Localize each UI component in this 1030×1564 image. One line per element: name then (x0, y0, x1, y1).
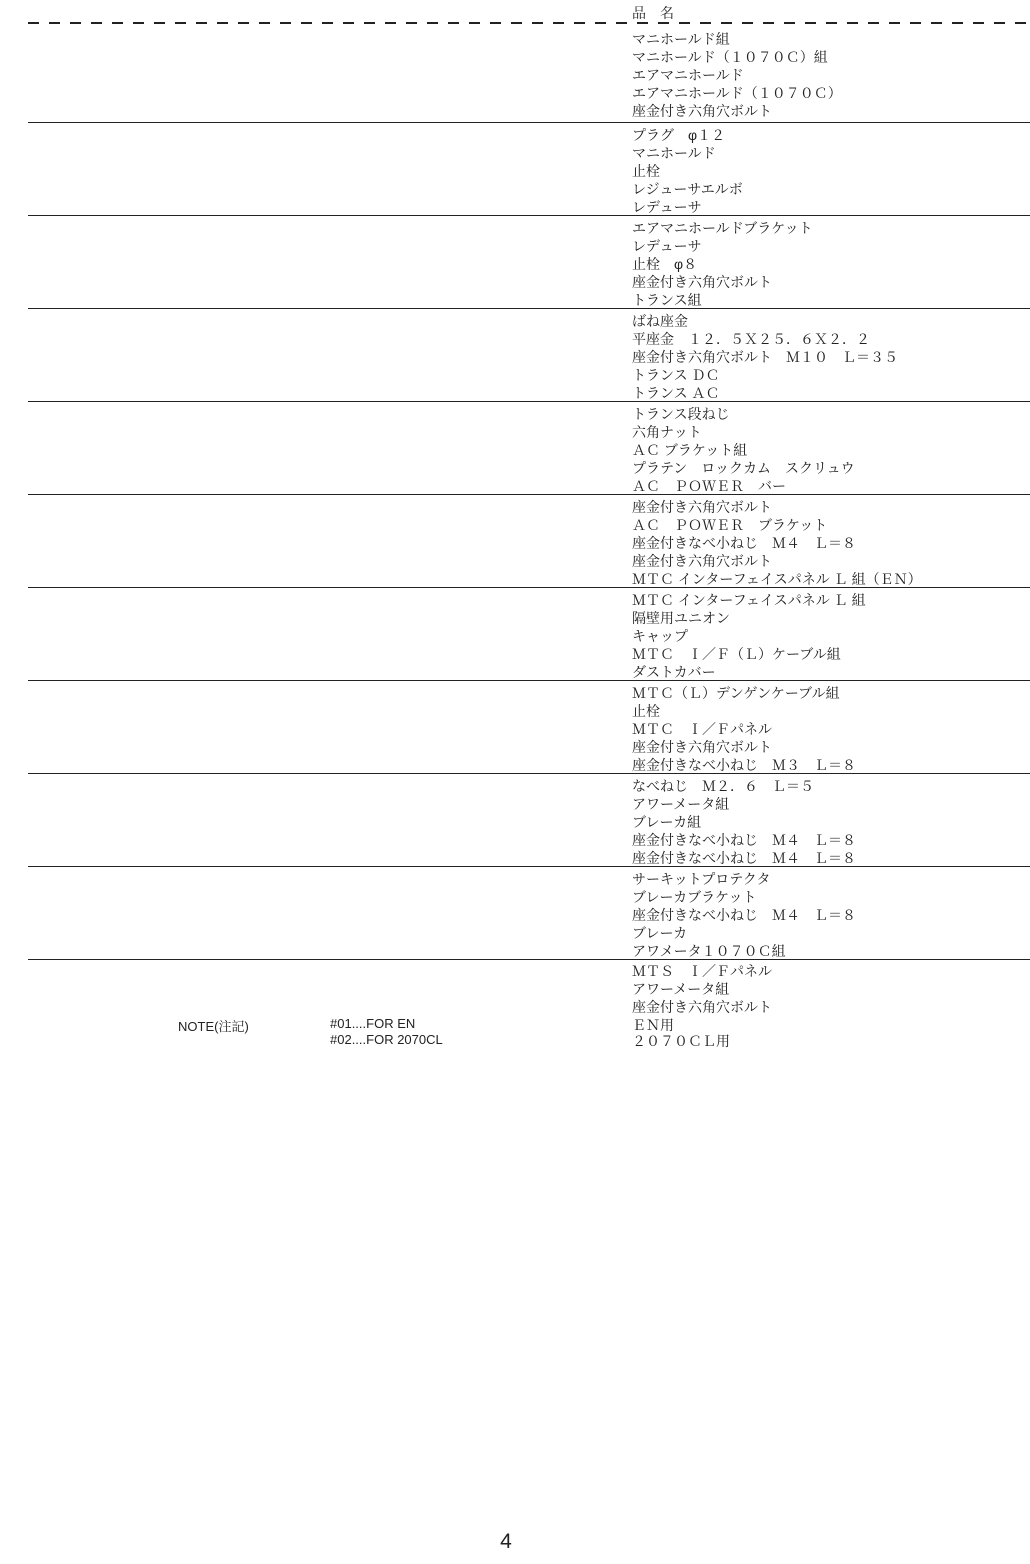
part-name-cell: トランス ＡＣ (632, 384, 1030, 401)
part-name-cell: ＭＴＣ インターフェイスパネル Ｌ 組 (632, 591, 1030, 609)
part-name-cell: マニホールド（１０７０Ｃ）組 (632, 48, 1030, 66)
note-code-2: #02....FOR 2070CL (330, 1032, 443, 1047)
part-name-cell: ＭＴＳ Ｉ／Ｆパネル (632, 962, 1030, 980)
part-name-cell: ＡＣ ブラケット組 (632, 441, 1030, 459)
part-name-cell: マニホールド組 (632, 30, 1030, 48)
part-name-cell: ブレーカ (632, 924, 1030, 942)
part-name-cell: マニホールド (632, 144, 1030, 162)
part-name-cell: プラテン ロックカム スクリュウ (632, 459, 1030, 477)
part-name-cell: 座金付き六角穴ボルト (632, 498, 1030, 516)
parts-group: プラグ φ１２マニホールド止栓レジューサエルボレデューサ (28, 122, 1030, 215)
note-usage-2: ２０７０ＣＬ用 (632, 1031, 730, 1051)
page-number: 4 (0, 1530, 1012, 1554)
part-name-cell: 座金付きなべ小ねじ Ｍ４ Ｌ＝８ (632, 831, 1030, 849)
part-name-cell: ＭＴＣ インターフェイスパネル Ｌ 組（ＥＮ） (632, 570, 1030, 587)
parts-group: ＭＴＣ（Ｌ）デンゲンケーブル組止栓ＭＴＣ Ｉ／Ｆパネル座金付き六角穴ボルト座金付… (28, 680, 1030, 773)
parts-group: トランス段ねじ六角ナットＡＣ ブラケット組プラテン ロックカム スクリュウＡＣ … (28, 401, 1030, 494)
parts-group: エアマニホールドブラケットレデューサ止栓 φ８座金付き六角穴ボルトトランス組 (28, 215, 1030, 308)
part-name-cell: ＡＣ ＰＯＷＥＲ ブラケット (632, 516, 1030, 534)
part-name-cell: キャップ (632, 627, 1030, 645)
part-name-cell: 座金付きなべ小ねじ Ｍ４ Ｌ＝８ (632, 849, 1030, 866)
part-name-cell: エアマニホールド (632, 66, 1030, 84)
document-page: 品 名 マニホールド組マニホールド（１０７０Ｃ）組エアマニホールドエアマニホール… (0, 0, 1030, 1564)
part-name-cell: ＡＣ ＰＯＷＥＲ バー (632, 477, 1030, 494)
part-name-cell: アワメータ１０７０Ｃ組 (632, 942, 1030, 959)
part-name-cell: 座金付き六角穴ボルト (632, 102, 1030, 120)
parts-group: なべねじ Ｍ２．６ Ｌ＝５アワーメータ組ブレーカ組座金付きなべ小ねじ Ｍ４ Ｌ＝… (28, 773, 1030, 866)
part-name-cell: 座金付きなべ小ねじ Ｍ３ Ｌ＝８ (632, 756, 1030, 773)
parts-group: ばね座金平座金 １２．５Ｘ２５．６Ｘ２．２座金付き六角穴ボルト Ｍ１０ Ｌ＝３５… (28, 308, 1030, 401)
note-label: NOTE(注記) (178, 1016, 249, 1035)
part-name-cell: 止栓 (632, 702, 1030, 720)
part-name-cell: アワーメータ組 (632, 980, 1030, 998)
part-name-cell: レデューサ (632, 198, 1030, 215)
parts-name-table: マニホールド組マニホールド（１０７０Ｃ）組エアマニホールドエアマニホールド（１０… (28, 24, 1030, 1016)
part-name-cell: なべねじ Ｍ２．６ Ｌ＝５ (632, 777, 1030, 795)
part-name-cell: トランス段ねじ (632, 405, 1030, 423)
part-name-cell: ダストカバー (632, 663, 1030, 680)
part-name-cell: 止栓 (632, 162, 1030, 180)
part-name-cell: 座金付き六角穴ボルト (632, 738, 1030, 756)
parts-group: ＭＴＳ Ｉ／Ｆパネルアワーメータ組座金付き六角穴ボルト (28, 959, 1030, 1016)
parts-group: 座金付き六角穴ボルトＡＣ ＰＯＷＥＲ ブラケット座金付きなべ小ねじ Ｍ４ Ｌ＝８… (28, 494, 1030, 587)
part-name-cell: 座金付き六角穴ボルト (632, 552, 1030, 570)
column-header-part-name: 品 名 (632, 3, 674, 23)
part-name-cell: 六角ナット (632, 423, 1030, 441)
part-name-cell: 座金付きなべ小ねじ Ｍ４ Ｌ＝８ (632, 534, 1030, 552)
part-name-cell: 平座金 １２．５Ｘ２５．６Ｘ２．２ (632, 330, 1030, 348)
part-name-cell: 座金付きなべ小ねじ Ｍ４ Ｌ＝８ (632, 906, 1030, 924)
part-name-cell: ＭＴＣ（Ｌ）デンゲンケーブル組 (632, 684, 1030, 702)
part-name-cell: アワーメータ組 (632, 795, 1030, 813)
part-name-cell: プラグ φ１２ (632, 126, 1030, 144)
part-name-cell: ＭＴＣ Ｉ／Ｆ（Ｌ）ケーブル組 (632, 645, 1030, 663)
part-name-cell: レジューサエルボ (632, 180, 1030, 198)
part-name-cell: ＭＴＣ Ｉ／Ｆパネル (632, 720, 1030, 738)
part-name-cell: エアマニホールドブラケット (632, 219, 1030, 237)
part-name-cell: ブレーカ組 (632, 813, 1030, 831)
part-name-cell: 隔壁用ユニオン (632, 609, 1030, 627)
note-code-1: #01....FOR EN (330, 1016, 415, 1031)
part-name-cell: 座金付き六角穴ボルト Ｍ１０ Ｌ＝３５ (632, 348, 1030, 366)
part-name-cell: エアマニホールド（１０７０Ｃ） (632, 84, 1030, 102)
part-name-cell: トランス ＤＣ (632, 366, 1030, 384)
parts-group: マニホールド組マニホールド（１０７０Ｃ）組エアマニホールドエアマニホールド（１０… (28, 24, 1030, 122)
part-name-cell: ブレーカブラケット (632, 888, 1030, 906)
part-name-cell: ばね座金 (632, 312, 1030, 330)
parts-group: サーキットプロテクタブレーカブラケット座金付きなべ小ねじ Ｍ４ Ｌ＝８ブレーカア… (28, 866, 1030, 959)
part-name-cell: 座金付き六角穴ボルト (632, 998, 1030, 1016)
part-name-cell: サーキットプロテクタ (632, 870, 1030, 888)
part-name-cell: 止栓 φ８ (632, 255, 1030, 273)
parts-group: ＭＴＣ インターフェイスパネル Ｌ 組隔壁用ユニオンキャップＭＴＣ Ｉ／Ｆ（Ｌ）… (28, 587, 1030, 680)
part-name-cell: 座金付き六角穴ボルト (632, 273, 1030, 291)
part-name-cell: トランス組 (632, 291, 1030, 308)
part-name-cell: レデューサ (632, 237, 1030, 255)
